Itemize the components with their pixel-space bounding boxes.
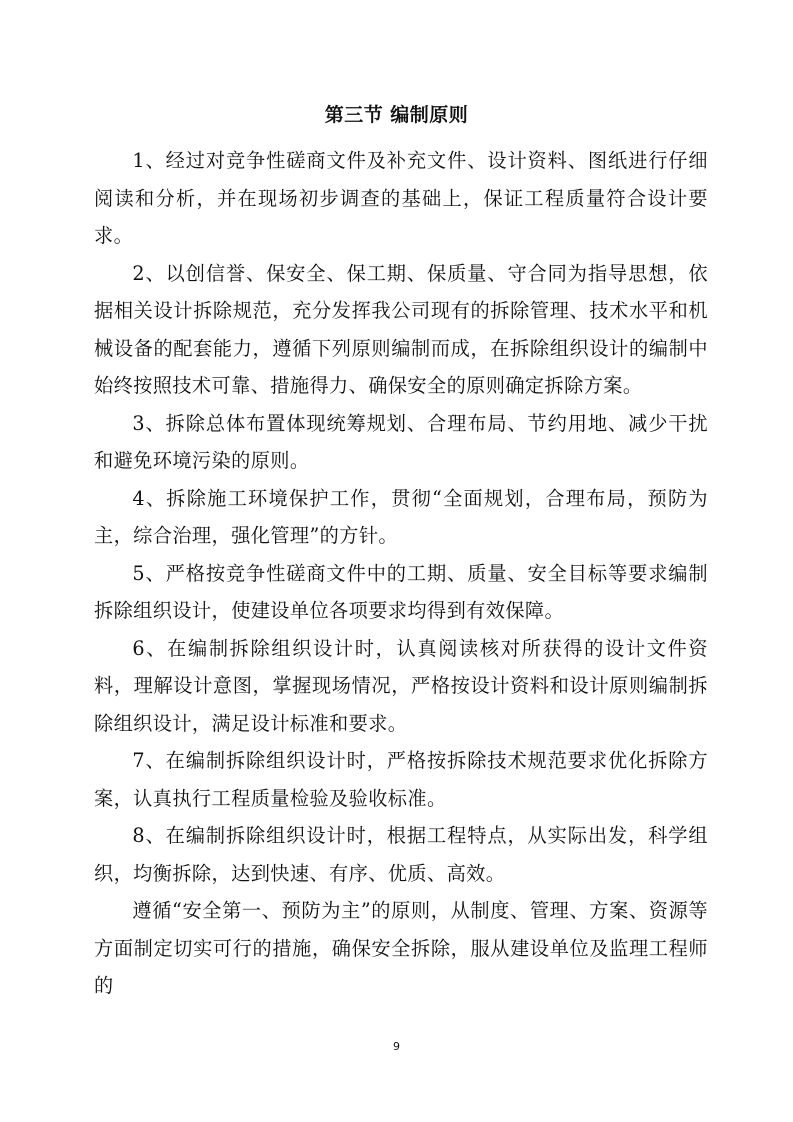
document-page: 第三节 编制原则 1、经过对竞争性磋商文件及补充文件、设计资料、图纸进行仔细阅读… bbox=[0, 0, 793, 1122]
paragraph-principle-6: 6、在编制拆除组织设计时，认真阅读核对所获得的设计文件资料，理解设计意图，掌握现… bbox=[94, 630, 708, 743]
paragraph-principle-1: 1、经过对竞争性磋商文件及补充文件、设计资料、图纸进行仔细阅读和分析，并在现场初… bbox=[94, 142, 708, 255]
document-body: 1、经过对竞争性磋商文件及补充文件、设计资料、图纸进行仔细阅读和分析，并在现场初… bbox=[94, 142, 708, 1005]
paragraph-principle-4: 4、拆除施工环境保护工作，贯彻“全面规划，合理布局，预防为主，综合治理，强化管理… bbox=[94, 480, 708, 555]
paragraph-principle-7: 7、在编制拆除组织设计时，严格按拆除技术规范要求优化拆除方案，认真执行工程质量检… bbox=[94, 742, 708, 817]
paragraph-principle-2: 2、以创信誉、保安全、保工期、保质量、守合同为指导思想，依据相关设计拆除规范，充… bbox=[94, 255, 708, 405]
paragraph-principle-8: 8、在编制拆除组织设计时，根据工程特点，从实际出发，科学组织，均衡拆除，达到快速… bbox=[94, 817, 708, 892]
paragraph-principle-5: 5、严格按竞争性磋商文件中的工期、质量、安全目标等要求编制拆除组织设计，使建设单… bbox=[94, 555, 708, 630]
paragraph-safety-first: 遵循“安全第一、预防为主”的原则，从制度、管理、方案、资源等方面制定切实可行的措… bbox=[94, 892, 708, 1005]
paragraph-principle-3: 3、拆除总体布置体现统筹规划、合理布局、节约用地、减少干扰和避免环境污染的原则。 bbox=[94, 405, 708, 480]
section-heading: 第三节 编制原则 bbox=[0, 100, 793, 130]
page-number: 9 bbox=[0, 1040, 793, 1053]
